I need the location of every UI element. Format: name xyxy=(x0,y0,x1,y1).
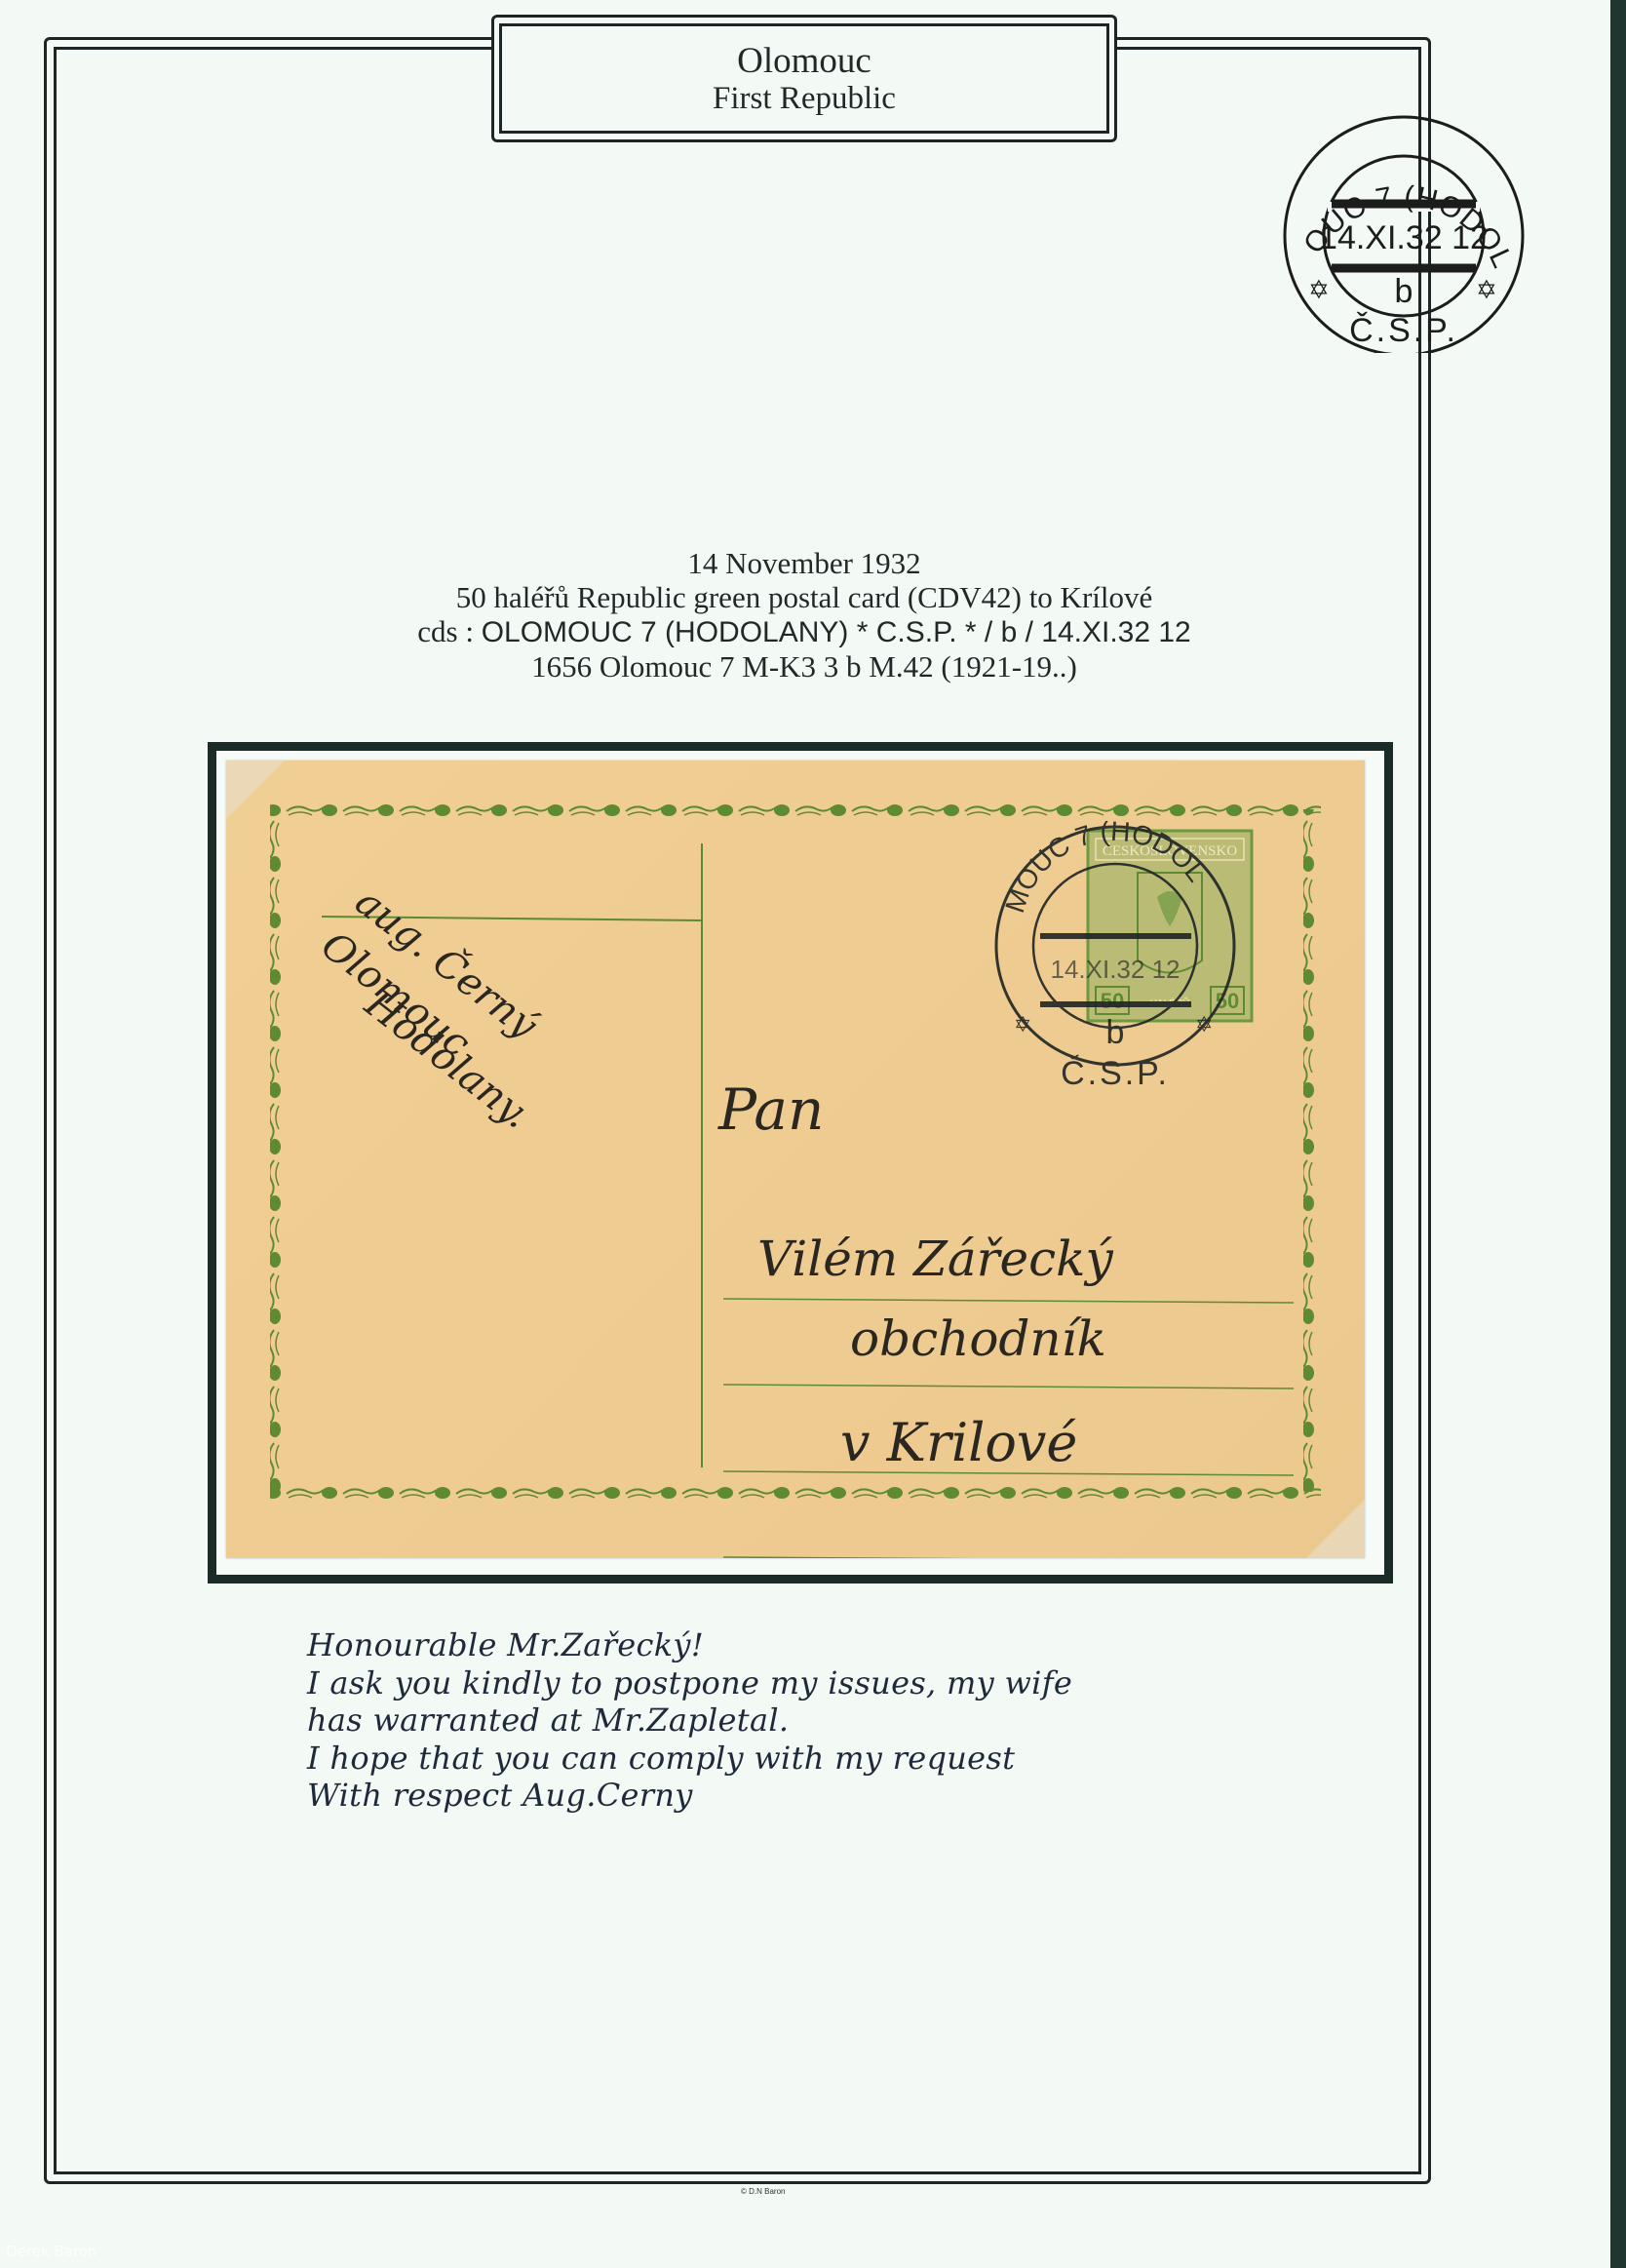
photo-corner xyxy=(1306,1500,1365,1558)
star-icon: ✡ xyxy=(1308,276,1330,305)
star-icon: ✡ xyxy=(1014,1013,1031,1037)
description-item: 50 haléřů Republic green postal card (CD… xyxy=(244,580,1365,614)
translation-text: Honourable Mr.Zařecký! I ask you kindly … xyxy=(307,1626,1243,1815)
star-icon: ✡ xyxy=(1476,276,1497,305)
item-description: 14 November 1932 50 haléřů Republic gree… xyxy=(244,546,1365,684)
translation-line: Honourable Mr.Zařecký! xyxy=(307,1626,1243,1664)
vine-border-top xyxy=(270,800,1321,817)
address-handwriting: Pan Vilém Zářecký obchodník v Krilové xyxy=(717,1076,1113,1473)
card-postmark-index: b xyxy=(1106,1014,1125,1051)
title-box: Olomouc First Republic xyxy=(499,23,1109,134)
vine-border-right xyxy=(1303,809,1321,1492)
watermark: Derek Baron xyxy=(6,2243,97,2260)
address-line-4: v Krilové xyxy=(840,1412,1077,1473)
page-title: Olomouc xyxy=(737,42,871,81)
address-line-1: Pan xyxy=(717,1076,824,1143)
stamp-value-left: 50 xyxy=(1101,989,1124,1013)
copyright-notice: © D.N Baron xyxy=(741,2187,785,2196)
cds-text: OLOMOUC 7 (HODOLANY) * C.S.P. * / b / 14… xyxy=(482,616,1191,648)
reference-postmark-date: 14.XI.32 12 xyxy=(1319,219,1489,256)
translation-line: With respect Aug.Cerny xyxy=(307,1777,1243,1815)
reference-postmark-index: b xyxy=(1395,273,1413,310)
postal-card-artwork: ČESKOSLOVENSKO 50 HALÉŘŮ 50 OLOMOUC 7 (H… xyxy=(226,761,1365,1558)
cds-label: cds : xyxy=(417,614,481,648)
reference-postmark-lower-text: Č.S.P. xyxy=(1349,312,1458,349)
scan-edge-strip xyxy=(1610,0,1626,2268)
card-mount: ČESKOSLOVENSKO 50 HALÉŘŮ 50 OLOMOUC 7 (H… xyxy=(208,742,1393,1584)
address-line xyxy=(723,1299,1294,1303)
translation-line: I ask you kindly to postpone my issues, … xyxy=(307,1664,1243,1702)
description-catalogue: 1656 Olomouc 7 M-K3 3 b M.42 (1921-19..) xyxy=(244,649,1365,684)
postal-card: ČESKOSLOVENSKO 50 HALÉŘŮ 50 OLOMOUC 7 (H… xyxy=(226,761,1365,1558)
reference-postmark: OLOMOUC 7 (HODOLANY) 14.XI.32 12 b Č.S.P… xyxy=(1267,109,1540,353)
description-date: 14 November 1932 xyxy=(244,546,1365,580)
card-postmark-lower-text: Č.S.P. xyxy=(1061,1055,1170,1092)
address-line xyxy=(723,1557,1294,1558)
translation-line: has warranted at Mr.Zapletal. xyxy=(307,1701,1243,1740)
description-cds: cds : OLOMOUC 7 (HODOLANY) * C.S.P. * / … xyxy=(244,614,1365,649)
vine-border-bottom xyxy=(270,1484,1321,1502)
address-line-2: Vilém Zářecký xyxy=(757,1231,1113,1287)
page-subtitle: First Republic xyxy=(713,81,896,116)
address-line-3: obchodník xyxy=(850,1310,1106,1367)
address-line xyxy=(723,1385,1294,1388)
stamp-value-right: 50 xyxy=(1216,989,1239,1013)
card-postmark-date: 14.XI.32 12 xyxy=(1051,955,1181,984)
vine-border-left xyxy=(270,809,288,1492)
translation-line: I hope that you can comply with my reque… xyxy=(307,1740,1243,1778)
star-icon: ✡ xyxy=(1195,1013,1213,1037)
